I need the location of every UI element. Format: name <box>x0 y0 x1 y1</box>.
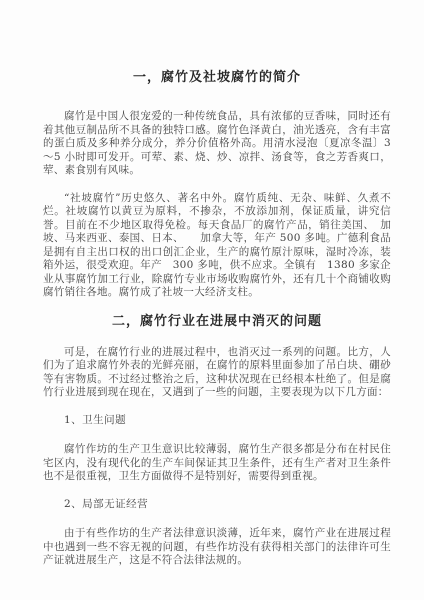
section-2-heading: 二，腐竹行业在进展中消灭的问题 <box>43 314 391 330</box>
section-1-paragraph-2: “社坡腐竹”历史悠久、著名中外。腐竹质纯、无杂、味鲜、久煮不烂。社坡腐竹以黄豆为… <box>43 192 391 300</box>
list-item-1-body: 腐竹作坊的生产卫生意识比较薄弱，腐竹生产很多都是分布在村民住宅区内，没有现代化的… <box>43 443 391 484</box>
list-item-2-label: 2、局部无证经营 <box>43 498 391 512</box>
section-1-heading: 一，腐竹及社坡腐竹的简介 <box>43 70 391 86</box>
section-1-paragraph-1: 腐竹是中国人很宠爱的一种传统食品，具有浓郁的豆香味，同时还有着其他豆制品所不具备… <box>43 110 391 178</box>
document-page: 一，腐竹及社坡腐竹的简介 腐竹是中国人很宠爱的一种传统食品，具有浓郁的豆香味，同… <box>0 0 424 600</box>
list-item-2-body: 由于有些作坊的生产者法律意识淡薄，近年来，腐竹产业在进展过程中也遇到一些不容无视… <box>43 527 391 568</box>
list-item-1-label: 1、卫生问题 <box>43 414 391 428</box>
section-2-intro-paragraph: 可是，在腐竹行业的进展过程中，也消灭过一系列的问题。比方，人们为了追求腐竹外表的… <box>43 346 391 400</box>
